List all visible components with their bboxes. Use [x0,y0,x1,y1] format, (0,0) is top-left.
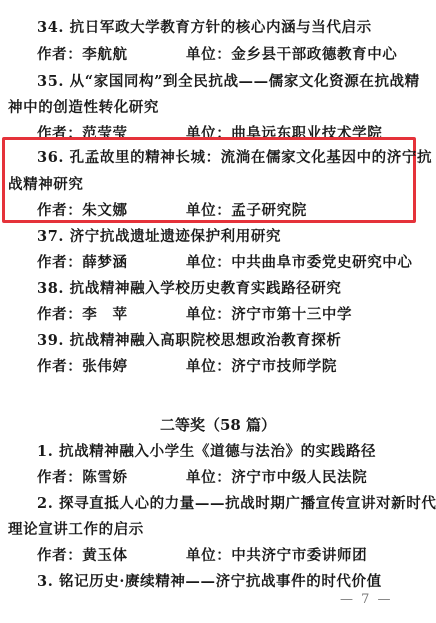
entry-34-author: 作者：李航航 [37,46,128,64]
entry-38-title: 38. 抗战精神融入学校历史教育实践路径研究 [37,280,341,298]
entry-37-title: 37. 济宁抗战遗址遗迹保护利用研究 [37,228,281,246]
entry-2-2-unit: 单位：中共济宁市委讲师团 [186,547,367,565]
entry-2-2-title-cont: 理论宣讲工作的启示 [8,521,144,539]
entry-34-unit: 单位：金乡县干部政德教育中心 [186,46,397,64]
entry-37-unit: 单位：中共曲阜市委党史研究中心 [186,254,413,272]
entry-39-title: 39. 抗战精神融入高职院校思想政治教育探析 [37,332,341,350]
entry-38-author: 作者：李 苹 [37,306,128,324]
entry-2-2-title: 2. 探寻直抵人心的力量——抗战时期广播宣传宣讲对新时代 [37,495,436,513]
entry-2-1-author: 作者：陈雪娇 [37,469,128,487]
page-number: — 7 — [340,592,393,607]
entry-37-author: 作者：薛梦涵 [37,254,128,272]
entry-36-title-cont: 战精神研究 [8,176,84,194]
entry-2-1-title: 1. 抗战精神融入小学生《道德与法治》的实践路径 [37,443,376,461]
entry-36-title: 36. 孔孟故里的精神长城：流淌在儒家文化基因中的济宁抗 [37,149,432,167]
entry-2-2-author: 作者：黄玉体 [37,547,128,565]
entry-36-author: 作者：朱文娜 [37,202,128,220]
entry-39-unit: 单位：济宁市技师学院 [186,358,337,376]
entry-34-title: 34. 抗日军政大学教育方针的核心内涵与当代启示 [37,19,372,37]
entry-35-title-cont: 神中的创造性转化研究 [8,99,159,117]
entry-38-unit: 单位：济宁市第十三中学 [186,306,352,324]
entry-2-1-unit: 单位：济宁市中级人民法院 [186,469,367,487]
entry-36-unit: 单位：孟子研究院 [186,202,307,220]
entry-39-author: 作者：张伟婷 [37,358,128,376]
entry-35-title: 35. 从“家国同构”到全民抗战——儒家文化资源在抗战精 [37,73,420,91]
section-heading: 二等奖（58 篇） [0,416,436,434]
entry-2-3-title: 3. 铭记历史·赓续精神——济宁抗战事件的时代价值 [37,573,382,591]
